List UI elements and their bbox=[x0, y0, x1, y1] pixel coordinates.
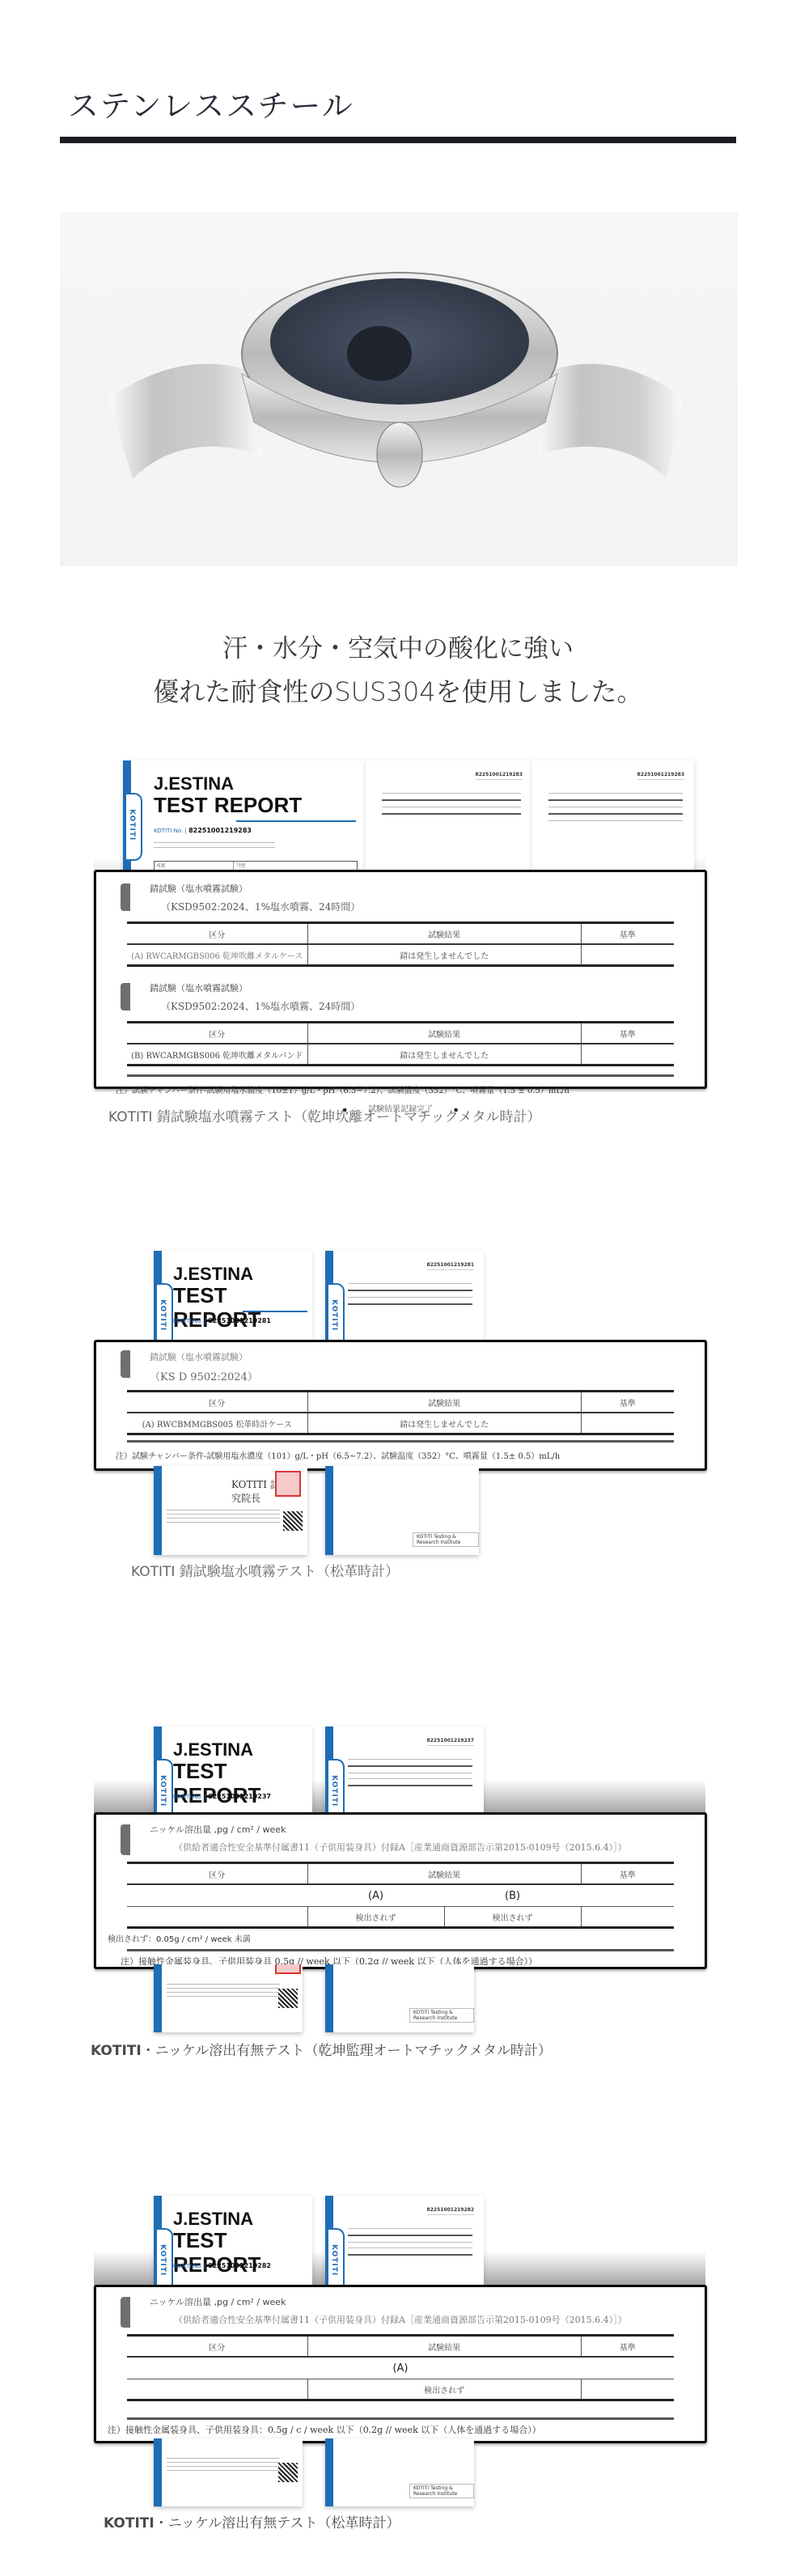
test-condition-note: 注）接触性金属装身具、子供用装身具：0.5g / c / week 以下（0.2… bbox=[108, 2423, 705, 2436]
page-title: ステンレススチール bbox=[68, 81, 354, 125]
seal-stamp bbox=[275, 1471, 301, 1497]
section-marker bbox=[121, 1350, 130, 1378]
seal-stamp bbox=[275, 1964, 301, 1974]
test-block-header: 錆試験（塩水噴霧試験） （KSD9502:2024、1%塩水噴霧、24時間） bbox=[96, 882, 705, 913]
section-caption: KOTITI 錆試験塩水噴霧テスト（乾坤坎離オートマチックメタル時計） bbox=[108, 1105, 540, 1125]
watch-hero-image bbox=[60, 212, 738, 566]
report-preview-stack: KOTITI J.ESTINA TEST REPORT KOTITI No. |… bbox=[94, 2196, 705, 2288]
test-block-header: ニッケル溶出量 ,pg / cm² / week （供給者適合性安全基準付属書1… bbox=[96, 2295, 705, 2326]
report-page-2: KOTITI 82251001219282 bbox=[325, 2196, 484, 2288]
test-condition-note: 注）試験チャンバー条件-試験用塩水濃度（101）g/L・pH（6.5~7.2）、… bbox=[116, 1449, 705, 1461]
section-marker bbox=[121, 983, 130, 1010]
test-result-card: 錆試験（塩水噴霧試験） （KS D 9502:2024） 区分 試験結果 基準 … bbox=[94, 1340, 707, 1471]
report-cover-page: KOTITI J.ESTINA TEST REPORT KOTITI No. |… bbox=[154, 2196, 312, 2288]
result-table: 区分 試験結果 基準 (A) 検出されず bbox=[127, 2334, 674, 2401]
test-result-card: ニッケル溶出量 ,pg / cm² / week （供給者適合性安全基準付属書1… bbox=[94, 1812, 707, 1969]
test-block-header: ニッケル溶出量 ,pg / cm² / week （供給者適合性安全基準付属書1… bbox=[96, 1823, 705, 1854]
test-result-card: 錆試験（塩水噴霧試験） （KSD9502:2024、1%塩水噴霧、24時間） 区… bbox=[94, 870, 707, 1089]
report-page-2: KOTITI 82251001219237 bbox=[325, 1727, 484, 1815]
tagline-line-1: 汗・水分・空気中の酸化に強い bbox=[0, 628, 796, 664]
section-caption: KOTITI・ニッケル溶出有無テスト（乾坤監理オートマチックメタル時計） bbox=[91, 2039, 552, 2059]
qr-code bbox=[283, 1511, 303, 1531]
result-table: 区分 試験結果 基準 (B) RWCARMGBS006 乾坤吹離メタルバンド 錆… bbox=[127, 1021, 674, 1066]
result-table: 区分 試験結果 基準 (A) (B) 検出されず 検出されず bbox=[127, 1862, 674, 1929]
result-table: 区分 試験結果 基準 (A) RWCBMMGBS005 松革時計ケース 錆は発生… bbox=[127, 1390, 674, 1435]
section-caption: KOTITI・ニッケル溶出有無テスト（松革時計） bbox=[104, 2511, 400, 2532]
result-table: 区分 試験結果 基準 (A) RWCARMGBS006 乾坤吹離メタルケース 錆… bbox=[127, 922, 674, 967]
report-heading: TEST REPORT bbox=[154, 793, 302, 817]
test-result-card: ニッケル溶出量 ,pg / cm² / week （供給者適合性安全基準付属書1… bbox=[94, 2285, 707, 2443]
qr-code bbox=[278, 2463, 298, 2482]
report-number: KOTITI No. | 82251001219283 bbox=[154, 827, 252, 834]
test-condition-note: 注）試験チャンバー条件-試験用塩水濃度（10±1）g/L・pH（6.5~7.2）… bbox=[116, 1083, 705, 1095]
report-cover-page: KOTITI J.ESTINA TEST REPORT KOTITI No. |… bbox=[154, 1727, 312, 1815]
report-preview-stack: KOTITI J.ESTINA TEST REPORT KOTITI No. |… bbox=[94, 1727, 705, 1815]
detection-note: 検出されず：0.05g / cm² / week 未満 bbox=[108, 1932, 705, 1944]
section-caption: KOTITI 錆試験塩水噴霧テスト（松革時計） bbox=[131, 1560, 399, 1580]
section-marker bbox=[121, 883, 130, 911]
report-brand: J.ESTINA bbox=[154, 775, 234, 793]
section-marker bbox=[121, 2297, 130, 2328]
title-divider bbox=[60, 137, 736, 143]
watch-icon bbox=[60, 212, 738, 566]
kotiti-spine-label: KOTITI bbox=[128, 809, 136, 841]
test-block-header: 錆試験（塩水噴霧試験） （KS D 9502:2024） bbox=[96, 1350, 705, 1383]
section-marker bbox=[121, 1824, 130, 1855]
test-block-header: 錆試験（塩水噴霧試験） （KSD9502:2024、1%塩水噴霧、24時間） bbox=[96, 981, 705, 1013]
tagline-line-2: 優れた耐食性のSUS304を使用しました。 bbox=[0, 672, 796, 709]
qr-code bbox=[278, 1989, 298, 2008]
report-heading: TEST REPORT bbox=[173, 1283, 312, 1332]
